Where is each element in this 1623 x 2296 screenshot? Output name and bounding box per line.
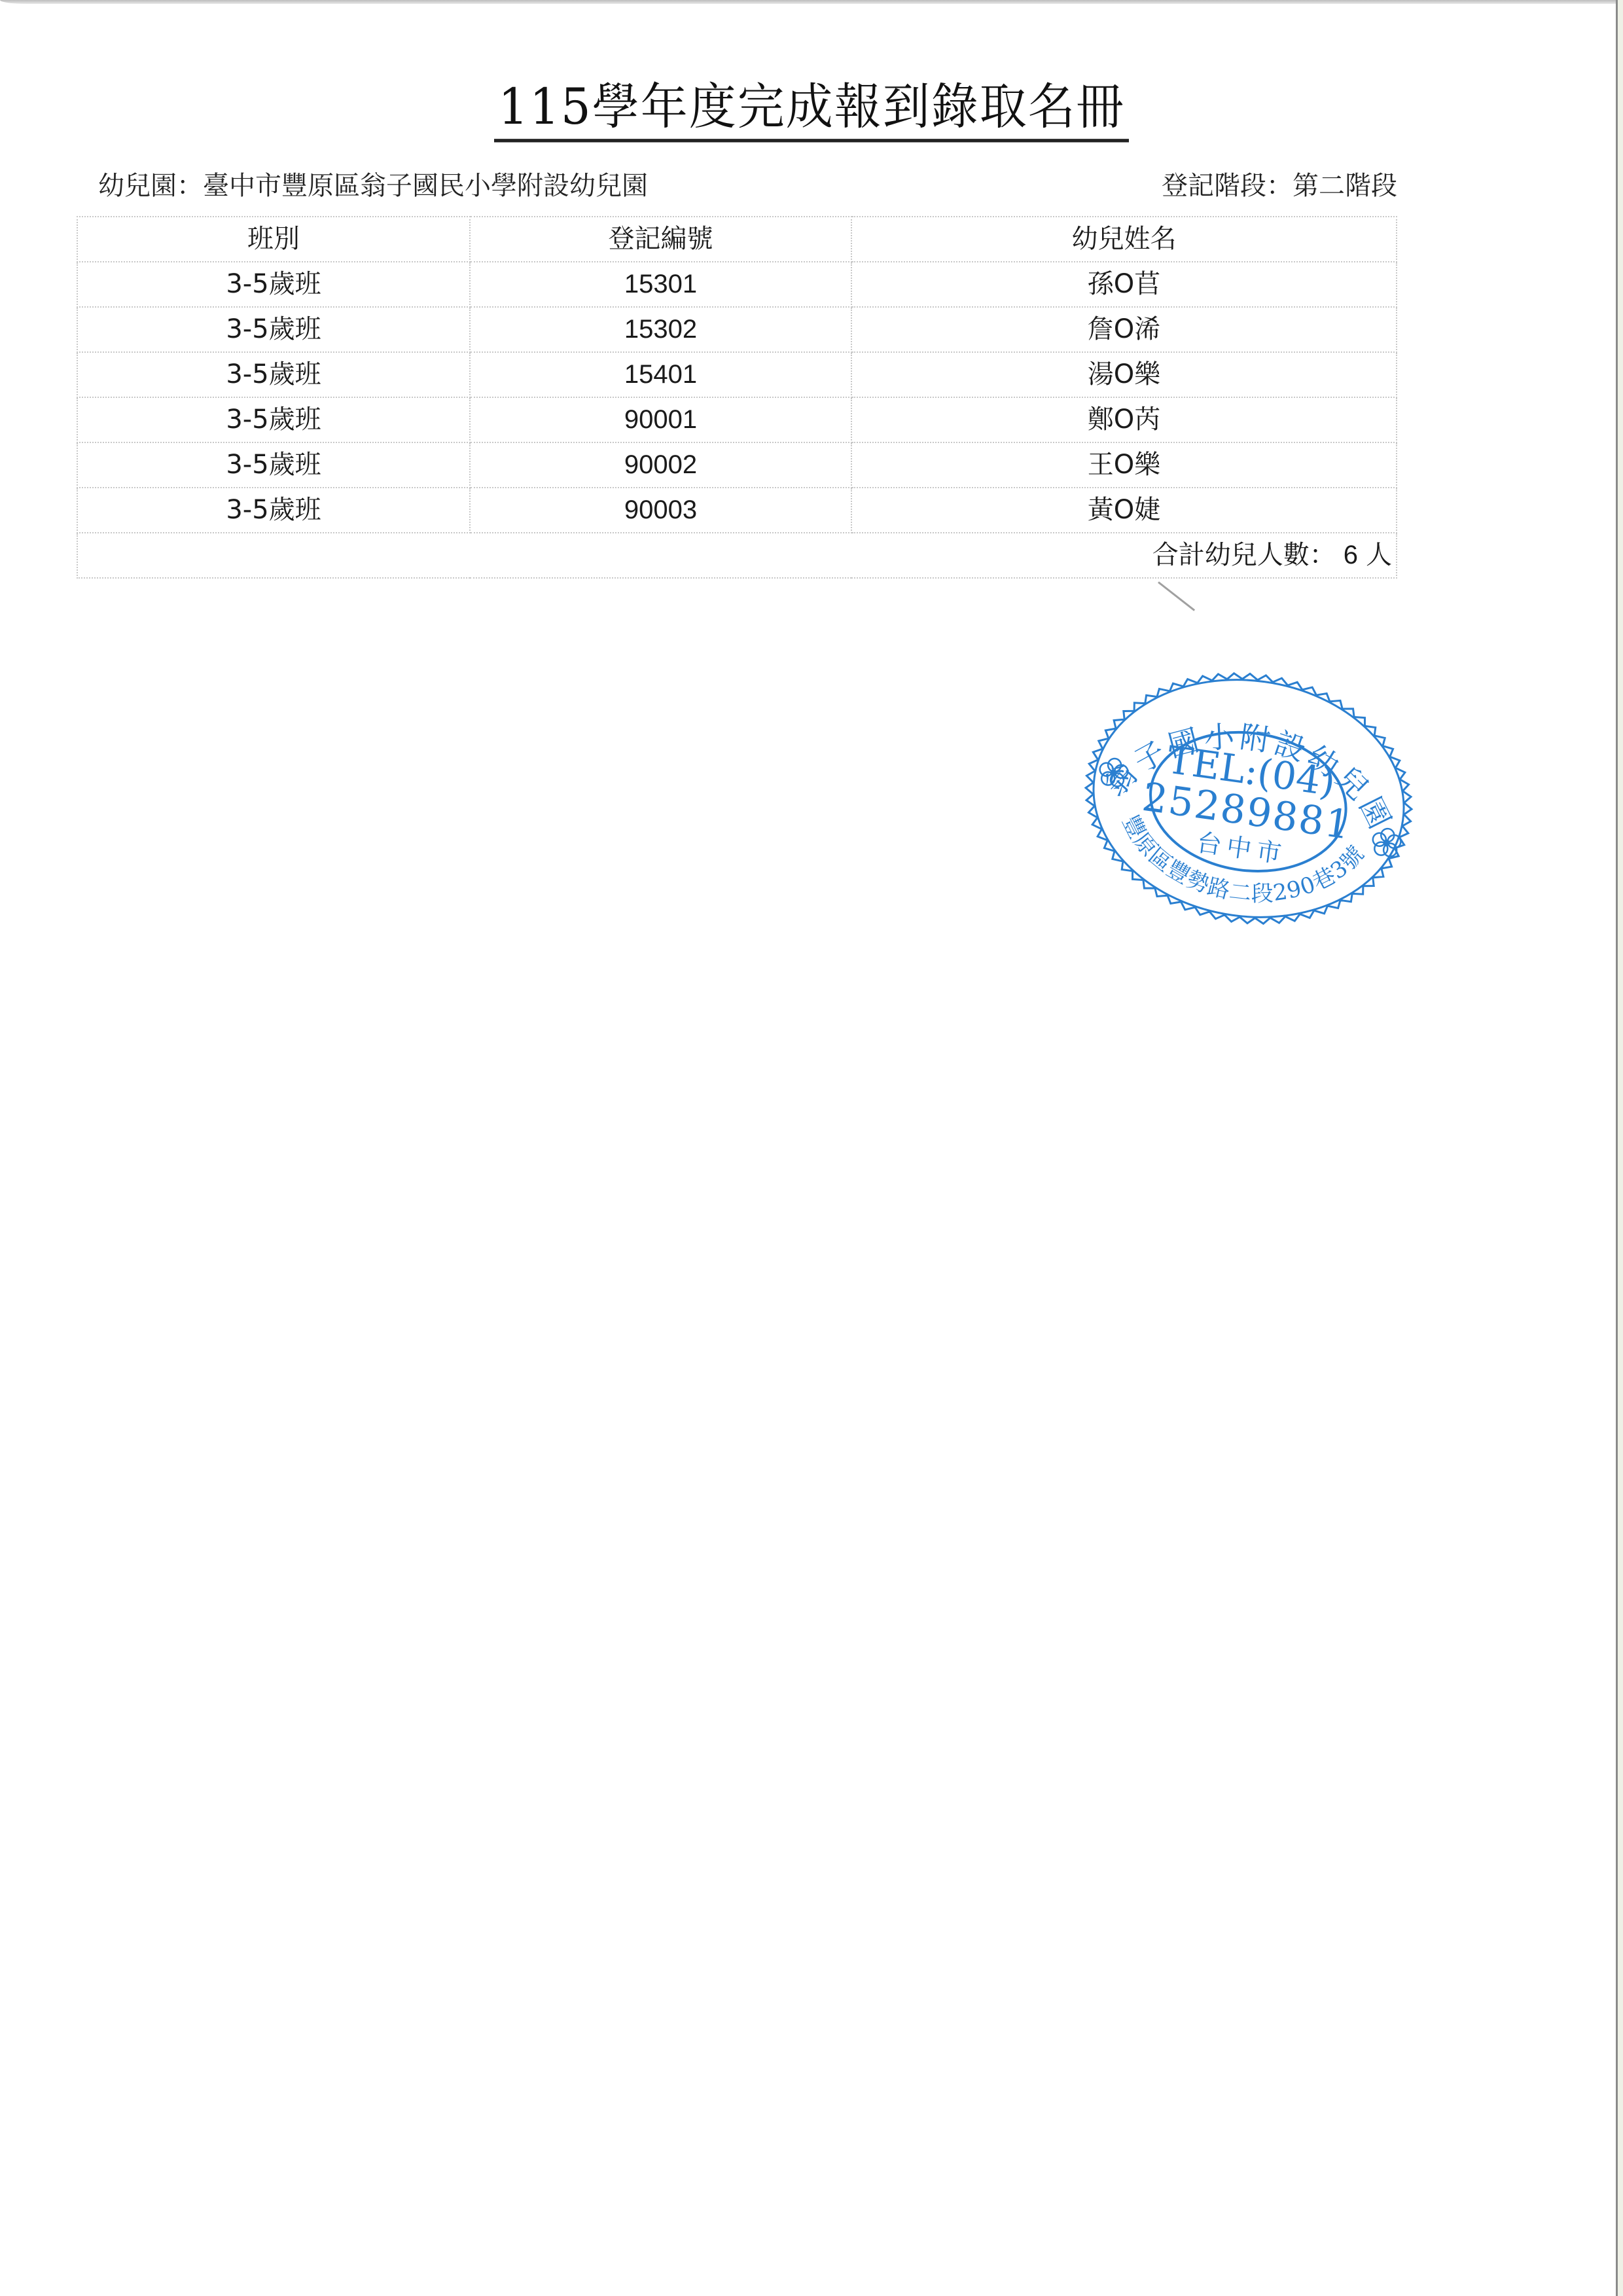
page-title: 115學年度完成報到錄取名冊 [0,77,1623,141]
cell-child-name: 王O樂 [851,442,1397,488]
cell-child-name: 黃O婕 [851,488,1397,533]
table-row: 3-5歲班 15301 孫O苢 [77,262,1397,307]
page-title-text: 115學年度完成報到錄取名冊 [494,76,1128,143]
cell-class: 3-5歲班 [77,307,470,352]
cell-child-name: 孫O苢 [851,262,1397,307]
cell-class: 3-5歲班 [77,442,470,488]
cell-class: 3-5歲班 [77,397,470,442]
stamp-graphic: 翁子國小附設幼兒園 豐原區豐勢路二段290巷3號 TEL:(04) 252898… [1062,645,1436,952]
cell-registration-number: 90002 [470,442,851,488]
table-row: 3-5歲班 90003 黃O婕 [77,488,1397,533]
scan-edge-right-shade [1618,0,1623,2296]
total-cell: 合計幼兒人數：6人 [77,533,1397,578]
table-header-row: 班別 登記編號 幼兒姓名 [77,217,1397,262]
cell-class: 3-5歲班 [77,352,470,397]
cell-registration-number: 15302 [470,307,851,352]
cell-class: 3-5歲班 [77,262,470,307]
official-seal-stamp: 翁子國小附設幼兒園 豐原區豐勢路二段290巷3號 TEL:(04) 252898… [1062,645,1436,952]
total-label: 合計幼兒人數： [1152,540,1336,570]
admission-roster-table: 班別 登記編號 幼兒姓名 3-5歲班 15301 孫O苢 3-5歲班 15302… [77,216,1397,579]
cell-registration-number: 15301 [470,262,851,307]
kindergarten-name: 幼兒園：臺中市豐原區翁子國民小學附設幼兒園 [98,169,648,203]
cell-child-name: 鄭O芮 [851,397,1397,442]
registration-stage: 登記階段：第二階段 [1162,169,1397,203]
table-row: 3-5歲班 15302 詹O浠 [77,307,1397,352]
header-registration-number: 登記編號 [470,217,851,262]
cell-registration-number: 90001 [470,397,851,442]
table-row: 3-5歲班 15401 湯O樂 [77,352,1397,397]
cell-registration-number: 90003 [470,488,851,533]
header-child-name: 幼兒姓名 [851,217,1397,262]
total-unit: 人 [1366,540,1392,570]
pen-mark [1158,581,1195,611]
header-class: 班別 [77,217,470,262]
cell-child-name: 詹O浠 [851,307,1397,352]
table-total-row: 合計幼兒人數：6人 [77,533,1397,578]
table-row: 3-5歲班 90001 鄭O芮 [77,397,1397,442]
scan-edge-top [0,0,1616,4]
cell-registration-number: 15401 [470,352,851,397]
table-row: 3-5歲班 90002 王O樂 [77,442,1397,488]
scan-edge-right [1616,0,1618,2296]
total-count: 6 [1336,541,1366,569]
cell-child-name: 湯O樂 [851,352,1397,397]
cell-class: 3-5歲班 [77,488,470,533]
